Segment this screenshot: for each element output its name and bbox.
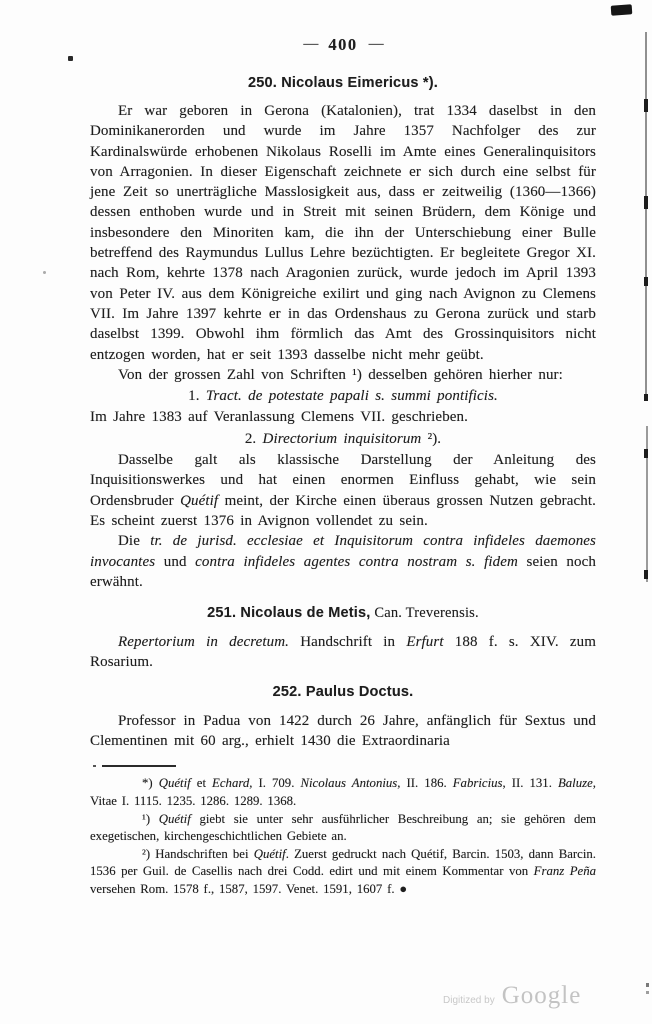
page-number: 400 xyxy=(328,36,357,53)
edge-ink-mark xyxy=(646,983,649,987)
edge-ink-mark xyxy=(646,991,649,994)
ink-speck xyxy=(43,271,46,274)
page-edge-line-upper xyxy=(645,32,647,398)
entry-252-heading: 252. Paulus Doctus. xyxy=(90,683,596,702)
digitized-by-google-watermark: Digitized by Google xyxy=(443,982,581,1010)
entry-250-work-2-title: 2. Directorium inquisitorum ²). xyxy=(90,429,596,449)
entry-250-paragraph-2: Von der grossen Zahl von Schriften ¹) de… xyxy=(90,365,596,385)
entry-251-paragraph: Repertorium in decretum. Handschrift in … xyxy=(90,632,596,673)
entry-251-heading: 251. Nicolaus de Metis, Can. Treverensis… xyxy=(90,604,596,623)
page-header: — 400 — xyxy=(90,36,596,53)
edge-ink-mark xyxy=(644,394,648,401)
entry-250-paragraph-1: Er war geboren in Gerona (Katalonien), t… xyxy=(90,101,596,365)
edge-ink-mark xyxy=(644,570,648,579)
google-logo: Google xyxy=(502,982,582,1010)
entry-250-paragraph-4: Die tr. de jurisd. ecclesiae et Inquisit… xyxy=(90,531,596,592)
entry-251-heading-rest: Can. Treverensis. xyxy=(371,605,479,621)
digitized-by-label: Digitized by xyxy=(443,995,495,1006)
ink-speck xyxy=(68,56,73,61)
page-content: — 400 — 250. Nicolaus Eimericus *). Er w… xyxy=(90,36,596,898)
footnote-2: ²) Handschriften bei Quétif. Zuerst gedr… xyxy=(90,846,596,899)
entry-252-paragraph: Professor in Padua von 1422 durch 26 Jah… xyxy=(90,711,596,752)
footnote-separator-rule xyxy=(102,765,176,767)
entry-250-work-1-note: Im Jahre 1383 auf Veranlassung Clemens V… xyxy=(90,407,596,427)
footnotes-block: *) Quétif et Echard, I. 709. Nicolaus An… xyxy=(90,775,596,898)
edge-ink-mark xyxy=(644,99,648,112)
ink-blot-top-right xyxy=(611,4,633,15)
entry-250-paragraph-3: Dasselbe galt als klassische Darstellung… xyxy=(90,450,596,531)
folio-dash-left: — xyxy=(303,36,317,53)
folio-dash-right: — xyxy=(369,36,383,53)
edge-ink-mark xyxy=(644,277,648,286)
scanned-book-page: — 400 — 250. Nicolaus Eimericus *). Er w… xyxy=(0,0,652,1024)
footnote-star: *) Quétif et Echard, I. 709. Nicolaus An… xyxy=(90,775,596,810)
entry-251-heading-bold: 251. Nicolaus de Metis, xyxy=(207,605,370,621)
entry-250-heading: 250. Nicolaus Eimericus *). xyxy=(90,74,596,93)
edge-ink-mark xyxy=(644,196,648,209)
entry-250-work-1-title: 1. Tract. de potestate papali s. summi p… xyxy=(90,386,596,406)
footnote-1: ¹) Quétif giebt sie unter sehr ausführli… xyxy=(90,811,596,846)
edge-ink-mark xyxy=(644,449,648,458)
